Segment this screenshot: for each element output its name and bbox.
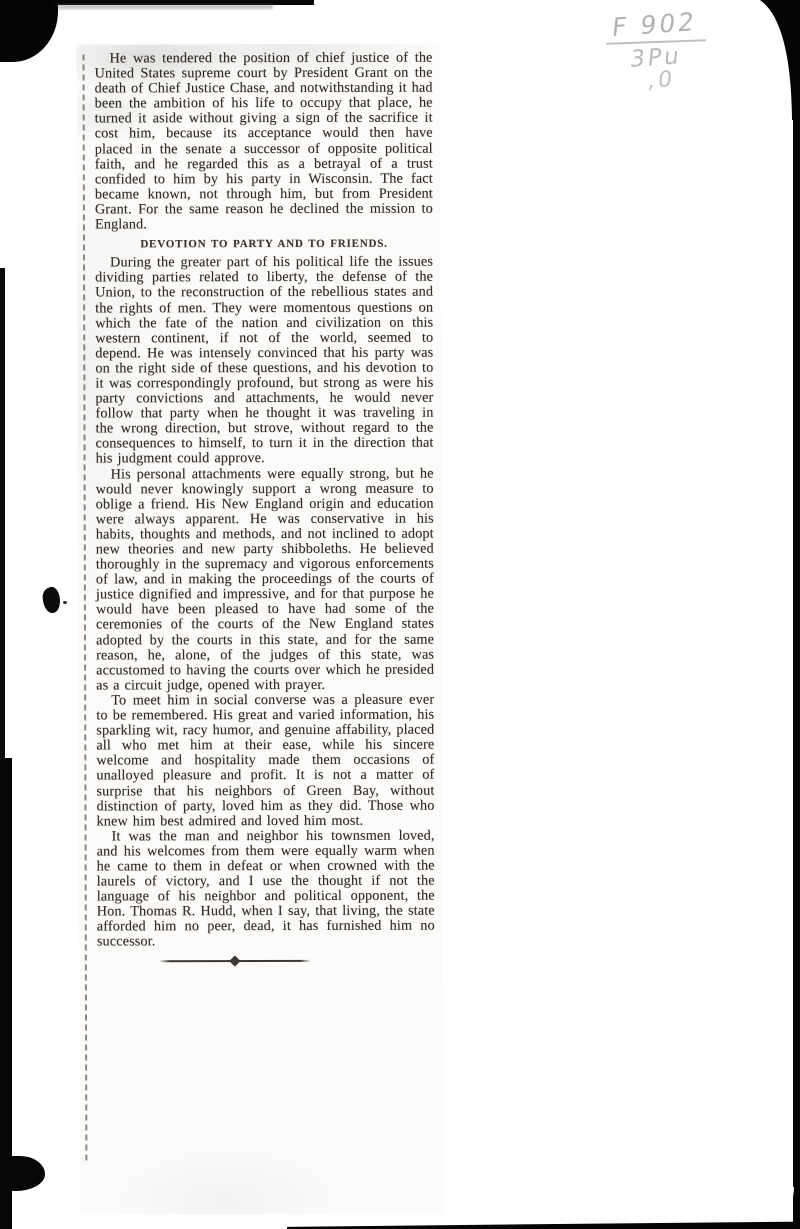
article-paragraph-4: To meet him in social converse was a ple… xyxy=(96,692,434,829)
scan-corner-top-right-artifact xyxy=(760,0,800,120)
pencil-annotation-line1: F 902 xyxy=(611,7,699,42)
end-of-article-divider xyxy=(159,959,311,961)
scan-bottom-edge-artifact xyxy=(287,1221,800,1229)
ink-blot-artifact xyxy=(41,586,61,614)
scan-left-edge-artifact-upper xyxy=(0,268,5,760)
scan-corner-top-left-artifact xyxy=(0,0,58,62)
article-paragraph-1: He was tendered the position of chief ju… xyxy=(94,51,432,233)
column-rule xyxy=(82,54,87,1160)
pencil-annotation-line3: ,0 xyxy=(647,67,677,94)
ink-speck-artifact xyxy=(63,601,67,604)
section-heading: DEVOTION TO PARTY AND TO FRIENDS. xyxy=(95,237,433,253)
article-paragraph-5: It was the man and neighbor his townsmen… xyxy=(97,828,435,950)
article-paragraph-3: His personal attachments were equally st… xyxy=(96,466,435,693)
newspaper-clipping: He was tendered the position of chief ju… xyxy=(76,44,443,1215)
scan-right-edge-artifact xyxy=(793,112,800,1229)
scan-corner-bottom-right-curve xyxy=(770,1187,794,1221)
article-column: He was tendered the position of chief ju… xyxy=(94,51,434,962)
scan-left-edge-bump-artifact xyxy=(0,1156,45,1191)
article-paragraph-2: During the greater part of his political… xyxy=(95,255,434,467)
scan-top-edge-fringe xyxy=(58,4,273,9)
